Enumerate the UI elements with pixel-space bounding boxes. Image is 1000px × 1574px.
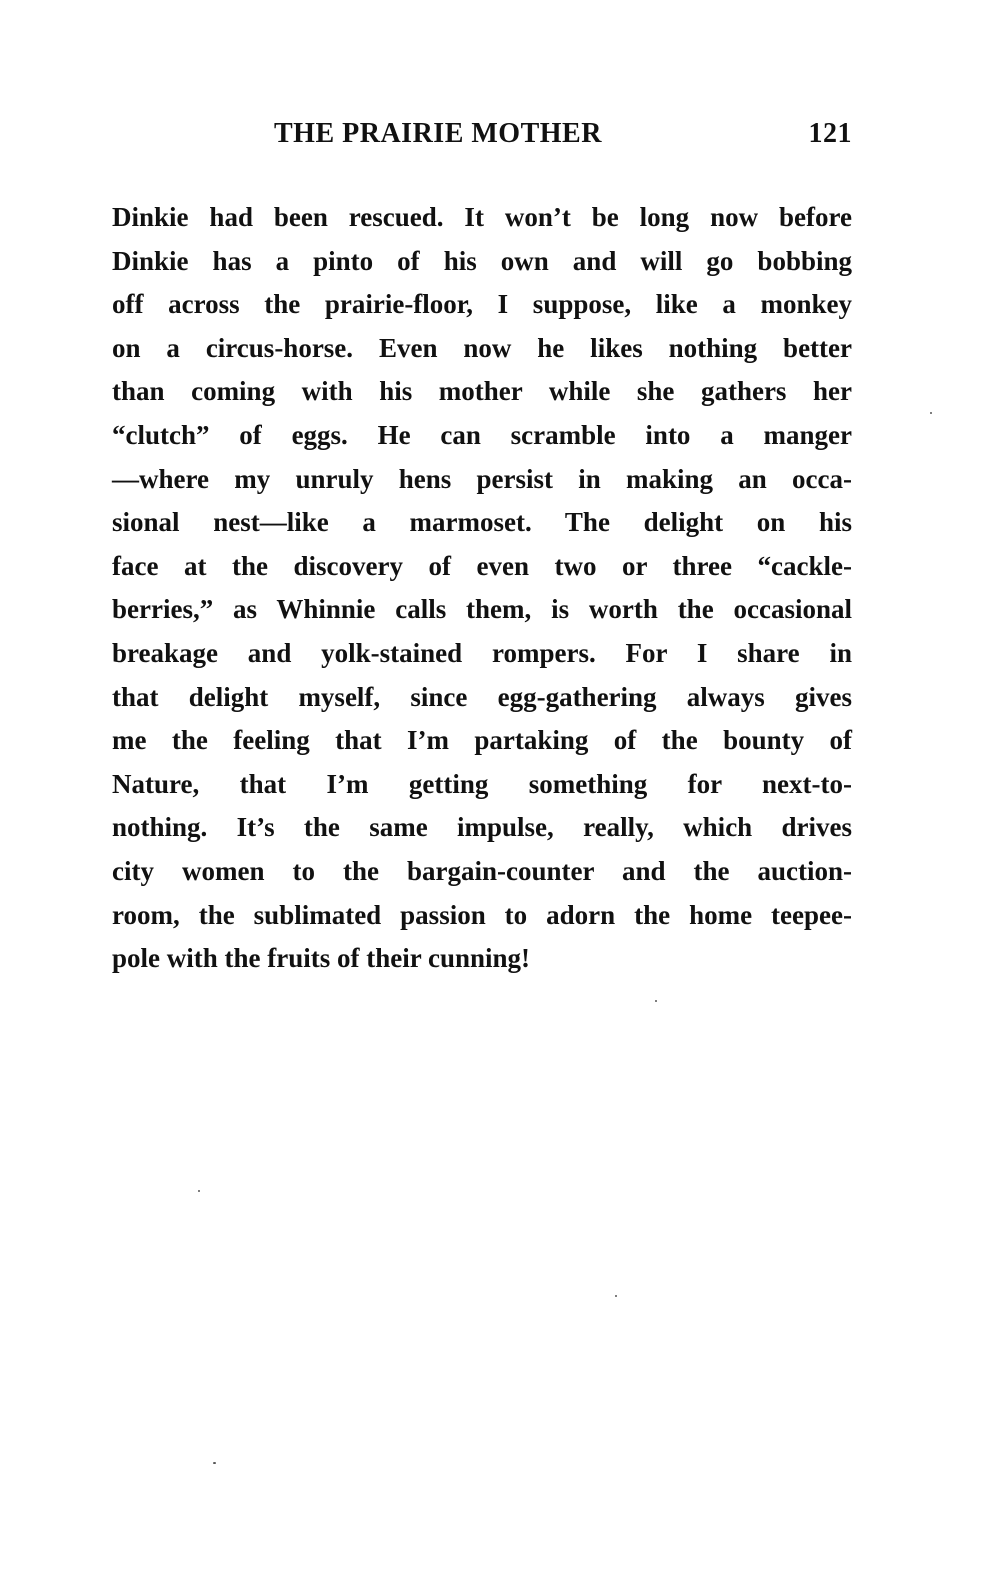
- scan-speck: [198, 1190, 200, 1192]
- running-title: THE PRAIRIE MOTHER: [274, 118, 602, 150]
- text-line: Nature, that I’m getting something for n…: [112, 763, 852, 807]
- running-head: THE PRAIRIE MOTHER 121: [112, 118, 852, 158]
- page-number: 121: [809, 118, 853, 150]
- scan-speck: [655, 1000, 657, 1002]
- text-line: Dinkie has a pinto of his own and will g…: [112, 240, 852, 284]
- book-page: THE PRAIRIE MOTHER 121 Dinkie had been r…: [0, 0, 1000, 1574]
- text-line: sional nest—like a marmoset. The delight…: [112, 501, 852, 545]
- text-line: me the feeling that I’m partaking of the…: [112, 719, 852, 763]
- text-line: breakage and yolk-stained rompers. For I…: [112, 632, 852, 676]
- text-line: on a circus-horse. Even now he likes not…: [112, 327, 852, 371]
- text-line: than coming with his mother while she ga…: [112, 370, 852, 414]
- text-line: “clutch” of eggs. He can scramble into a…: [112, 414, 852, 458]
- text-line: berries,” as Whinnie calls them, is wort…: [112, 588, 852, 632]
- text-line: —where my unruly hens persist in making …: [112, 458, 852, 502]
- text-line: room, the sublimated passion to adorn th…: [112, 894, 852, 938]
- scan-speck: [930, 412, 932, 414]
- scan-speck: [213, 1462, 216, 1464]
- text-line: face at the discovery of even two or thr…: [112, 545, 852, 589]
- text-line: off across the prairie-floor, I suppose,…: [112, 283, 852, 327]
- scan-speck: [615, 1295, 617, 1297]
- text-line: pole with the fruits of their cunning!: [112, 937, 852, 981]
- text-line: city women to the bargain-counter and th…: [112, 850, 852, 894]
- text-line: nothing. It’s the same impulse, really, …: [112, 806, 852, 850]
- body-paragraph: Dinkie had been rescued. It won’t be lon…: [112, 196, 852, 981]
- text-line: Dinkie had been rescued. It won’t be lon…: [112, 196, 852, 240]
- text-line: that delight myself, since egg-gathering…: [112, 676, 852, 720]
